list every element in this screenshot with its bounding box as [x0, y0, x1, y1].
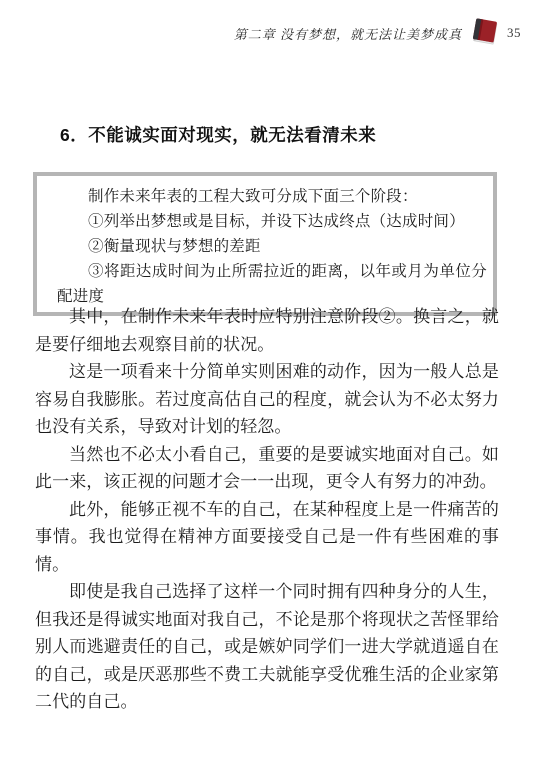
paragraph-2: 这是一项看来十分简单实则困难的动作，因为一般人总是容易自我膨胀。若过度高估自己的…	[35, 358, 499, 441]
callout-step-2: ②衡量现状与梦想的差距	[57, 234, 487, 259]
section-heading: 6．不能诚实面对现实，就无法看清未来	[60, 122, 376, 147]
callout-box: 制作未来年表的工程大致可分成下面三个阶段： ①列举出梦想或是目标，并设下达成终点…	[33, 172, 497, 316]
paragraph-4: 此外，能够正视不车的自己，在某种程度上是一件痛苦的事情。我也觉得在精神方面要接受…	[35, 496, 499, 579]
body-text: 其中，在制作未来年表时应特别注意阶段②。换言之，就是要仔细地去观察目前的状况。 …	[35, 303, 499, 716]
chapter-title: 第二章 没有梦想，就无法让美梦成真	[234, 24, 462, 43]
callout-step-1: ①列举出梦想或是目标，并设下达成终点（达成时间）	[57, 209, 487, 234]
running-header: 第二章 没有梦想，就无法让美梦成真 35	[234, 18, 521, 48]
paragraph-5: 即使是我自己选择了这样一个同时拥有四种身分的人生，但我还是得诚实地面对我自己，不…	[35, 578, 499, 716]
paragraph-1: 其中，在制作未来年表时应特别注意阶段②。换言之，就是要仔细地去观察目前的状况。	[35, 303, 499, 358]
red-book-icon	[469, 18, 501, 48]
callout-step-3: ③将距达成时间为止所需拉近的距离，以年或月为单位分配进度	[57, 259, 487, 309]
page-number: 35	[507, 25, 521, 41]
callout-intro: 制作未来年表的工程大致可分成下面三个阶段：	[57, 184, 487, 209]
paragraph-3: 当然也不必太小看自己，重要的是要诚实地面对自己。如此一来，该正视的问题才会一一出…	[35, 441, 499, 496]
book-page: 第二章 没有梦想，就无法让美梦成真 35 6．不能诚实面对现实，就无法看清未来 …	[0, 0, 535, 760]
